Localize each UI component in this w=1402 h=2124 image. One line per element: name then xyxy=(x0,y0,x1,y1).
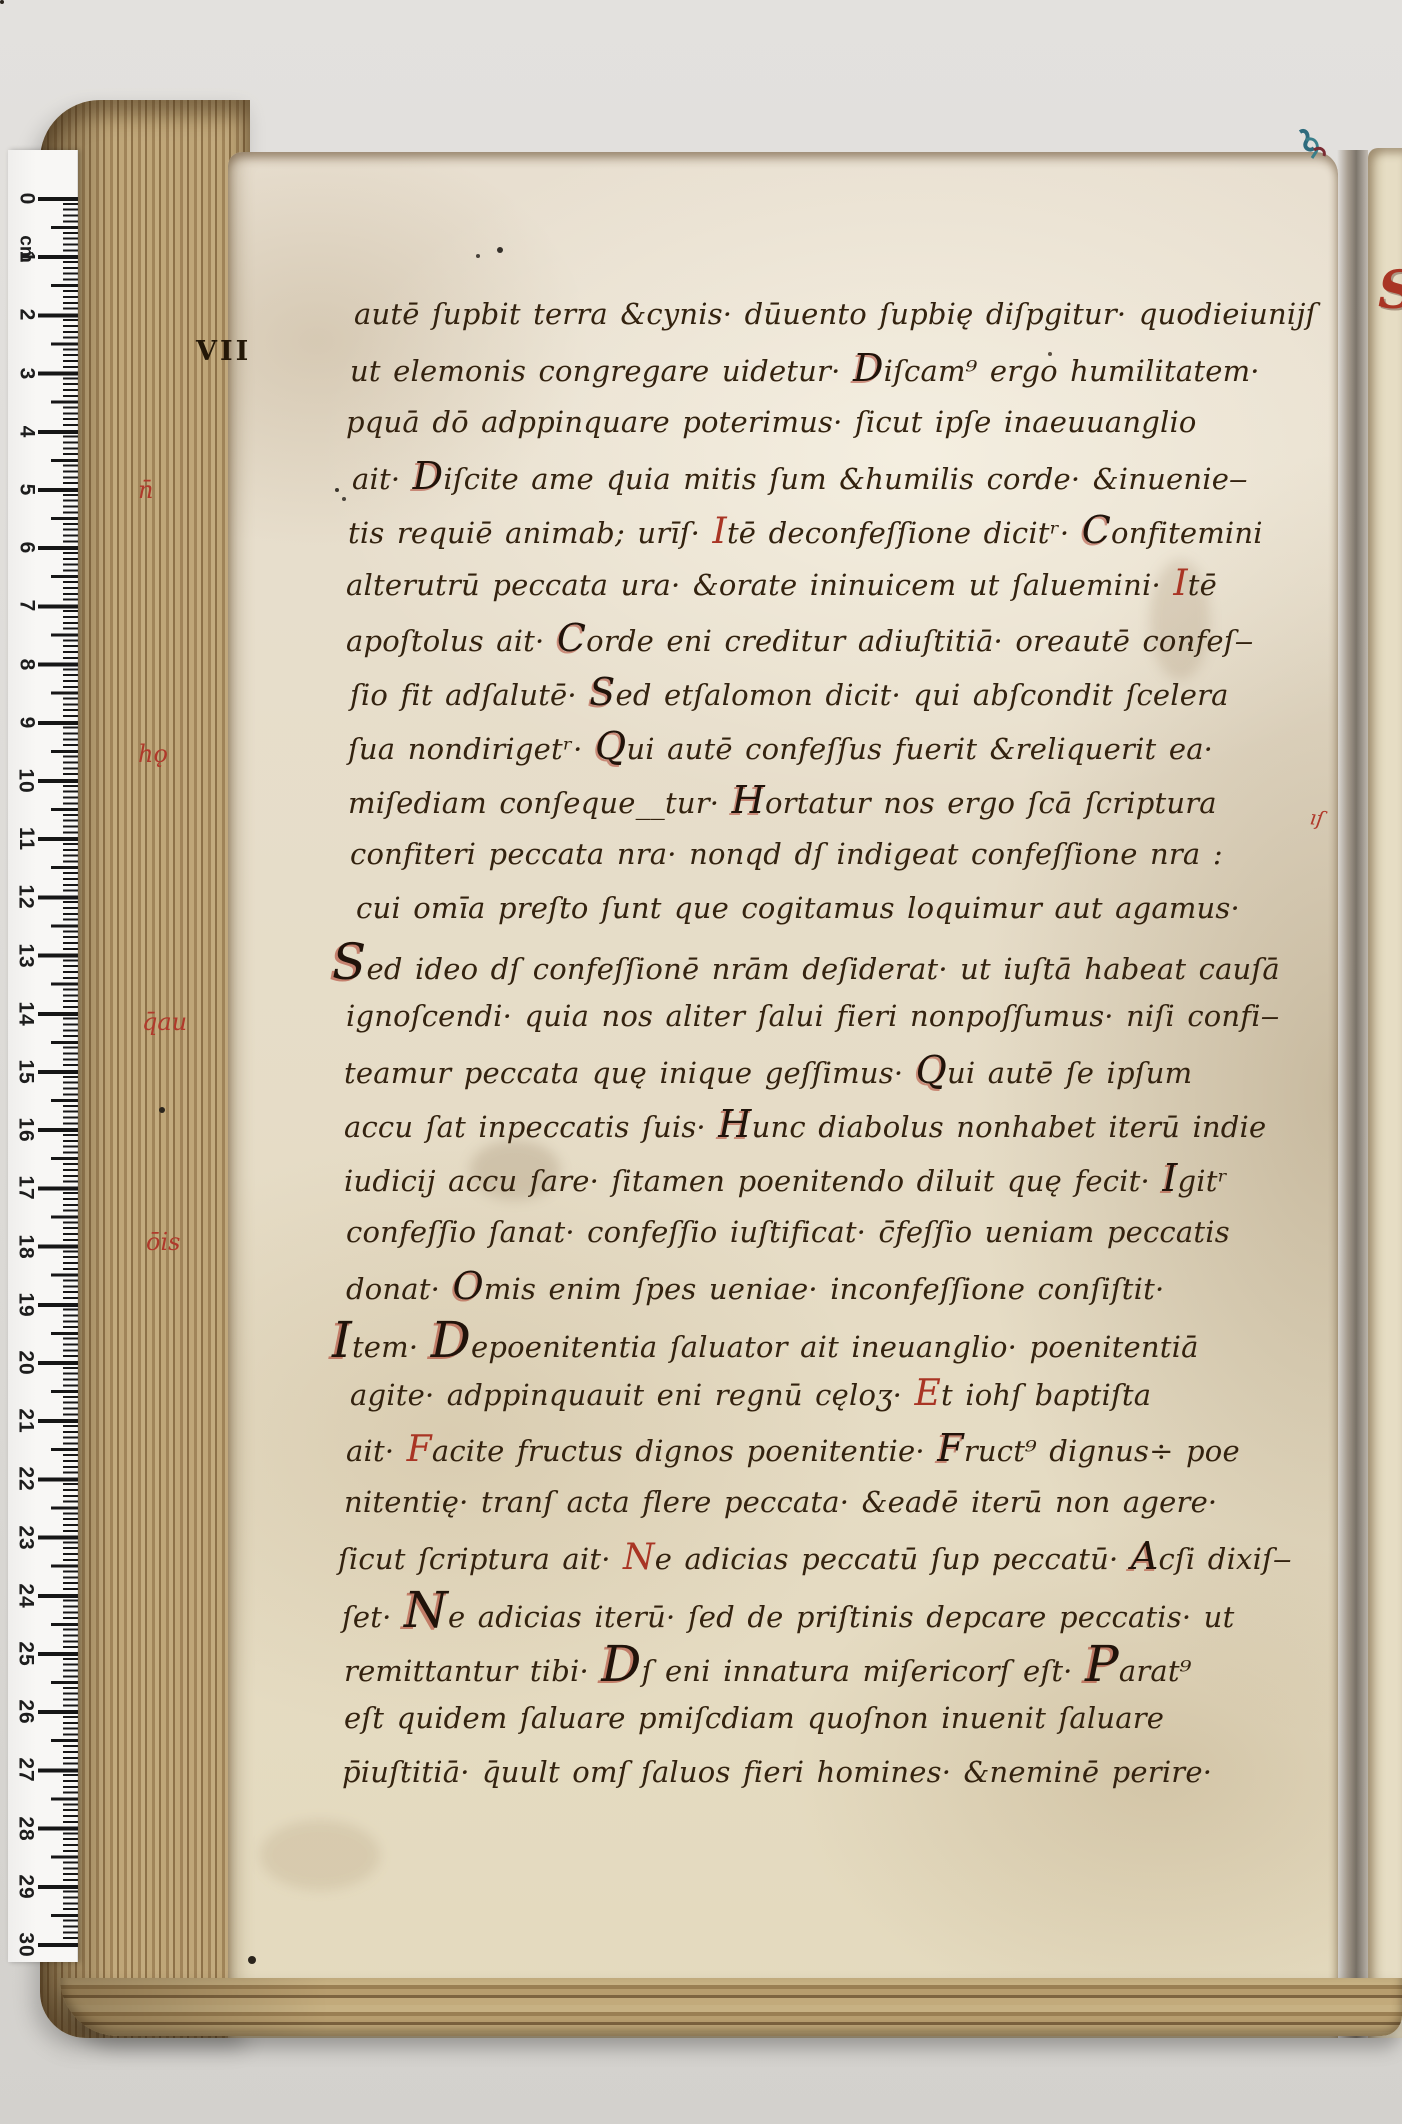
photographic-ruler: cm 0123456789101112131415161718192021222… xyxy=(8,150,78,1962)
ruler-number-text: 1 xyxy=(14,251,38,264)
rubricated-initial: C xyxy=(557,616,586,660)
rubricated-initial: C xyxy=(1082,508,1111,552)
line-text: pquā dō adppinquare poterimus· ſicut ipſ… xyxy=(346,405,1197,439)
line-text: cui omīa preſto ſunt que cogitamus loqui… xyxy=(356,891,1240,925)
ruler-number: 21 xyxy=(10,1408,42,1434)
line-text: eſt quidem ſaluare pmiſcdiam quoſnon inu… xyxy=(344,1701,1164,1735)
ruler-number-text: 21 xyxy=(14,1409,38,1434)
ruler-number: 20 xyxy=(10,1350,42,1376)
line-text: t iohſ baptiſta xyxy=(941,1378,1151,1412)
rubricated-initial: D xyxy=(413,454,444,498)
line-text: unc diabolus nonhabet iterū indie xyxy=(752,1110,1267,1144)
line-text: ignoſcendi· quia nos aliter ſalui fieri … xyxy=(346,999,1279,1033)
line-text: ed ideo dſ confeſſionē nrām deſiderat· u… xyxy=(366,952,1279,986)
line-text: e adicias iterū· ſed de priſtinis depcar… xyxy=(448,1600,1234,1634)
ruler-number-text: 11 xyxy=(14,827,38,851)
manuscript-line: nitentię· tranſ acta flere peccata· &ead… xyxy=(344,1475,1217,1529)
rubricated-initial: E xyxy=(915,1373,941,1414)
rubricated-initial: D xyxy=(431,1311,471,1369)
line-text: iudicij accu ſare· ſitamen poenitendo di… xyxy=(344,1164,1162,1198)
manuscript-line: ſio fit adſalutē· Sed etſalomon dicit· q… xyxy=(350,665,1229,719)
ruler-number: 11 xyxy=(10,826,42,852)
manuscript-line: Item· Depoenitentia ſaluator ait ineuang… xyxy=(332,1313,1199,1367)
line-text: ortatur nos ergo ſcā ſcriptura xyxy=(765,786,1217,820)
manuscript-photo: { "colors": { "ink": "#33220f", "rubric"… xyxy=(0,0,1402,2124)
manuscript-line: donat· Omis enim ſpes ueniae· inconfeſſi… xyxy=(346,1259,1164,1313)
ruler-number-text: 22 xyxy=(14,1467,38,1492)
line-text: arat⁹ xyxy=(1119,1654,1192,1688)
manuscript-line: apoſtolus ait· Corde eni creditur adiuſt… xyxy=(346,611,1253,665)
ruler-number-text: 25 xyxy=(14,1641,38,1666)
page-stack-bottom-edge xyxy=(60,1978,1402,2036)
ruler-number: 24 xyxy=(10,1583,42,1609)
manuscript-line: miſediam conſeque__tur· Hortatur nos erg… xyxy=(348,773,1217,827)
manuscript-line: confeſſio ſanat· confeſſio iuſtificat· c… xyxy=(346,1205,1230,1259)
rubricated-initial: I xyxy=(713,511,727,552)
line-text: nitentię· tranſ acta flere peccata· &ead… xyxy=(344,1485,1217,1519)
ruler-number-text: 28 xyxy=(14,1816,38,1841)
ruler-number-text: 9 xyxy=(14,716,38,729)
facing-page-initial: S xyxy=(1378,260,1402,321)
ruler-number-text: 17 xyxy=(14,1176,38,1201)
facing-page-sliver: S xyxy=(1368,148,1402,2038)
line-text: tis requiē animab; urīſ· xyxy=(348,516,713,550)
ruler-number-text: 14 xyxy=(14,1001,38,1026)
manuscript-line: ignoſcendi· quia nos aliter ſalui fieri … xyxy=(346,989,1279,1043)
line-text: ut elemonis congregare uidetur· xyxy=(350,354,853,388)
ink-specks xyxy=(0,0,4,4)
ruler-number: 28 xyxy=(10,1816,42,1842)
line-text: miſediam conſeque__tur· xyxy=(348,786,732,820)
line-text: ruct⁹ dignus÷ poe xyxy=(964,1434,1240,1468)
ruler-number-text: 0 xyxy=(14,193,38,206)
ruler-number: 19 xyxy=(10,1292,42,1318)
line-text: acite fructus dignos poenitentie· xyxy=(432,1434,937,1468)
ruler-number-text: 5 xyxy=(14,484,38,497)
manuscript-line: ait· Diſcite ame quia mitis ſum &humilis… xyxy=(352,449,1248,503)
rubricated-initial: Q xyxy=(916,1048,947,1092)
manuscript-line: ut elemonis congregare uidetur· Diſcam⁹ … xyxy=(350,341,1260,395)
line-text: ait· xyxy=(346,1434,407,1468)
ruler-number: 27 xyxy=(10,1757,42,1783)
line-text: autē ſupbit terra &cynis· dūuento ſupbię… xyxy=(354,297,1316,331)
manuscript-line: alterutrū peccata ura· &orate ininuicem … xyxy=(346,557,1217,611)
line-text: tē deconfeſſione dicitʳ· xyxy=(727,516,1082,550)
rubricated-initial: A xyxy=(1131,1534,1159,1578)
manuscript-line: Sed ideo dſ confeſſionē nrām deſiderat· … xyxy=(332,935,1280,989)
rubricated-initial: I xyxy=(1173,563,1187,604)
line-text: apoſtolus ait· xyxy=(346,624,557,658)
ruler-number: 7 xyxy=(10,593,42,619)
ruler-number-text: 16 xyxy=(14,1118,38,1143)
ruler-number-text: 23 xyxy=(14,1525,38,1550)
line-text: agite· adppinquauit eni regnū cęloʒ· xyxy=(350,1378,915,1412)
ruler-number-text: 3 xyxy=(14,367,38,380)
ruler-number: 5 xyxy=(10,477,42,503)
ruler-number: 22 xyxy=(10,1466,42,1492)
rubricated-initial: S xyxy=(589,670,615,714)
manuscript-line: eſt quidem ſaluare pmiſcdiam quoſnon inu… xyxy=(344,1691,1164,1745)
line-text: iſcam⁹ ergo humilitatem· xyxy=(884,354,1260,388)
gutter-shadow xyxy=(1337,150,1368,2038)
manuscript-line: p̄iuſtitiā· q̄uult omſ ſaluos fieri homi… xyxy=(342,1745,1212,1799)
margin-note: ōis xyxy=(146,1230,180,1254)
line-text: cſi dixiſ‒ xyxy=(1159,1542,1292,1576)
ruler-number: 6 xyxy=(10,535,42,561)
line-text: onfitemini xyxy=(1111,516,1263,550)
manuscript-line: agite· adppinquauit eni regnū cęloʒ· Et … xyxy=(350,1367,1151,1421)
rubricated-initial: H xyxy=(718,1102,751,1146)
ruler-number: 1 xyxy=(10,244,42,270)
line-text: gitʳ xyxy=(1178,1164,1228,1198)
line-text: tē xyxy=(1188,568,1217,602)
ruler-number: 3 xyxy=(10,361,42,387)
margin-note: hǫ xyxy=(138,742,168,766)
ruler-number-text: 15 xyxy=(14,1059,38,1084)
line-text: ui autē confeſſus fuerit &reliquerit ea· xyxy=(626,732,1213,766)
ruler-number-text: 26 xyxy=(14,1700,38,1725)
ruler-number: 0 xyxy=(10,186,42,212)
ruler-number: 9 xyxy=(10,710,42,736)
line-text: teamur peccata quę inique geſſimus· xyxy=(344,1056,916,1090)
ruler-number-text: 7 xyxy=(14,600,38,613)
rubricated-initial: H xyxy=(732,778,765,822)
line-text: ui autē ſe ipſum xyxy=(947,1056,1192,1090)
ruler-number-text: 18 xyxy=(14,1234,38,1259)
line-text: orde eni creditur adiuſtitiā· oreautē co… xyxy=(586,624,1253,658)
manuscript-line: accu ſat inpeccatis ſuis· Hunc diabolus … xyxy=(344,1097,1266,1151)
ruler-number-text: 13 xyxy=(14,943,38,968)
ruler-number: 16 xyxy=(10,1117,42,1143)
manuscript-line: pquā dō adppinquare poterimus· ſicut ipſ… xyxy=(346,395,1197,449)
ruler-number-text: 27 xyxy=(14,1758,38,1783)
rubricated-initial: I xyxy=(332,1311,352,1369)
rubricated-initial: Q xyxy=(595,724,626,768)
line-text: p̄iuſtitiā· q̄uult omſ ſaluos fieri homi… xyxy=(342,1755,1212,1789)
ruler-number: 29 xyxy=(10,1874,42,1900)
rubricated-initial: N xyxy=(404,1581,448,1639)
manuscript-line: cui omīa preſto ſunt que cogitamus loqui… xyxy=(356,881,1240,935)
bookmark-thread xyxy=(1290,126,1336,180)
line-text: ed etſalomon dicit· qui abſcondit ſceler… xyxy=(615,678,1228,712)
ruler-number-text: 12 xyxy=(14,885,38,910)
ruler-number-text: 20 xyxy=(14,1350,38,1375)
ruler-number-text: 29 xyxy=(14,1874,38,1899)
ruler-number-text: 4 xyxy=(14,425,38,438)
manuscript-line: tis requiē animab; urīſ· Itē deconfeſſio… xyxy=(348,503,1263,557)
ruler-number: 4 xyxy=(10,419,42,445)
manuscript-line: ſet· Ne adicias iterū· ſed de priſtinis … xyxy=(342,1583,1234,1637)
line-text: ſua nondirigetʳ· xyxy=(348,732,595,766)
ruler-number: 23 xyxy=(10,1525,42,1551)
manuscript-line: ſicut ſcriptura ait· Ne adicias peccatū … xyxy=(338,1529,1292,1583)
manuscript-line: teamur peccata quę inique geſſimus· Qui … xyxy=(344,1043,1192,1097)
line-text: ſio fit adſalutē· xyxy=(350,678,589,712)
manuscript-line: ſua nondirigetʳ· Qui autē confeſſus fuer… xyxy=(348,719,1213,773)
ruler-number: 17 xyxy=(10,1175,42,1201)
ruler-number: 26 xyxy=(10,1699,42,1725)
margin-note: n̄ xyxy=(138,478,153,502)
ruler-number-text: 2 xyxy=(14,309,38,322)
line-text: iſcite ame quia mitis ſum &humilis corde… xyxy=(443,462,1247,496)
rubricated-initial: I xyxy=(1162,1156,1177,1200)
line-text: ſet· xyxy=(342,1600,404,1634)
line-text: remittantur tibi· xyxy=(344,1654,601,1688)
ruler-number-text: 10 xyxy=(14,768,38,793)
line-text: accu ſat inpeccatis ſuis· xyxy=(344,1110,718,1144)
line-text: mis enim ſpes ueniae· inconfeſſione conſ… xyxy=(484,1272,1165,1306)
ruler-number: 15 xyxy=(10,1059,42,1085)
line-text: confeſſio ſanat· confeſſio iuſtificat· c… xyxy=(346,1215,1230,1249)
manuscript-line: remittantur tibi· Dſ eni innatura miſeri… xyxy=(344,1637,1192,1691)
rubricated-initial: D xyxy=(601,1635,641,1693)
ruler-number-text: 6 xyxy=(14,542,38,555)
manuscript-line: ait· Facite fructus dignos poenitentie· … xyxy=(346,1421,1240,1475)
line-text: tem· xyxy=(352,1330,431,1364)
ruler-number: 13 xyxy=(10,943,42,969)
ruler-number: 2 xyxy=(10,302,42,328)
ruler-number: 25 xyxy=(10,1641,42,1667)
manuscript-line: autē ſupbit terra &cynis· dūuento ſupbię… xyxy=(354,287,1316,341)
manuscript-line: iudicij accu ſare· ſitamen poenitendo di… xyxy=(344,1151,1228,1205)
ruler-number: 30 xyxy=(10,1932,42,1958)
ruler-number-text: 30 xyxy=(14,1932,38,1957)
rubricated-initial: F xyxy=(937,1426,964,1470)
line-text: donat· xyxy=(346,1272,452,1306)
rubricated-initial: P xyxy=(1085,1635,1119,1693)
line-text: ait· xyxy=(352,462,413,496)
ruler-number: 12 xyxy=(10,884,42,910)
margin-note: q̄au xyxy=(142,1010,187,1034)
ruler-number-text: 8 xyxy=(14,658,38,671)
line-text: ſ eni innatura miſericorſ eſt· xyxy=(642,1654,1085,1688)
rubricated-initial: S xyxy=(332,933,366,991)
ruler-number: 14 xyxy=(10,1001,42,1027)
line-text: alterutrū peccata ura· &orate ininuicem … xyxy=(346,568,1173,602)
rubricated-initial: F xyxy=(407,1429,432,1470)
line-text: e adicias peccatū ſup peccatū· xyxy=(655,1542,1131,1576)
line-text: epoenitentia ſaluator ait ineuanglio· po… xyxy=(471,1330,1199,1364)
rubricated-initial: D xyxy=(853,346,884,390)
line-text: ſicut ſcriptura ait· xyxy=(338,1542,623,1576)
thread-icon xyxy=(1290,126,1336,180)
manuscript-line: confiteri peccata nra· nonqd dſ indigeat… xyxy=(350,827,1223,881)
rubricated-initial: N xyxy=(623,1537,655,1578)
ruler-number-text: 24 xyxy=(14,1583,38,1608)
manuscript-text-block: autē ſupbit terra &cynis· dūuento ſupbię… xyxy=(332,287,1332,1837)
ruler-number: 18 xyxy=(10,1234,42,1260)
ruler-number-text: 19 xyxy=(14,1292,38,1317)
ruler-number: 10 xyxy=(10,768,42,794)
line-text: confiteri peccata nra· nonqd dſ indigeat… xyxy=(350,837,1223,871)
rubricated-initial: O xyxy=(452,1264,483,1308)
folio-number: VII xyxy=(196,336,251,367)
ruler-number: 8 xyxy=(10,652,42,678)
